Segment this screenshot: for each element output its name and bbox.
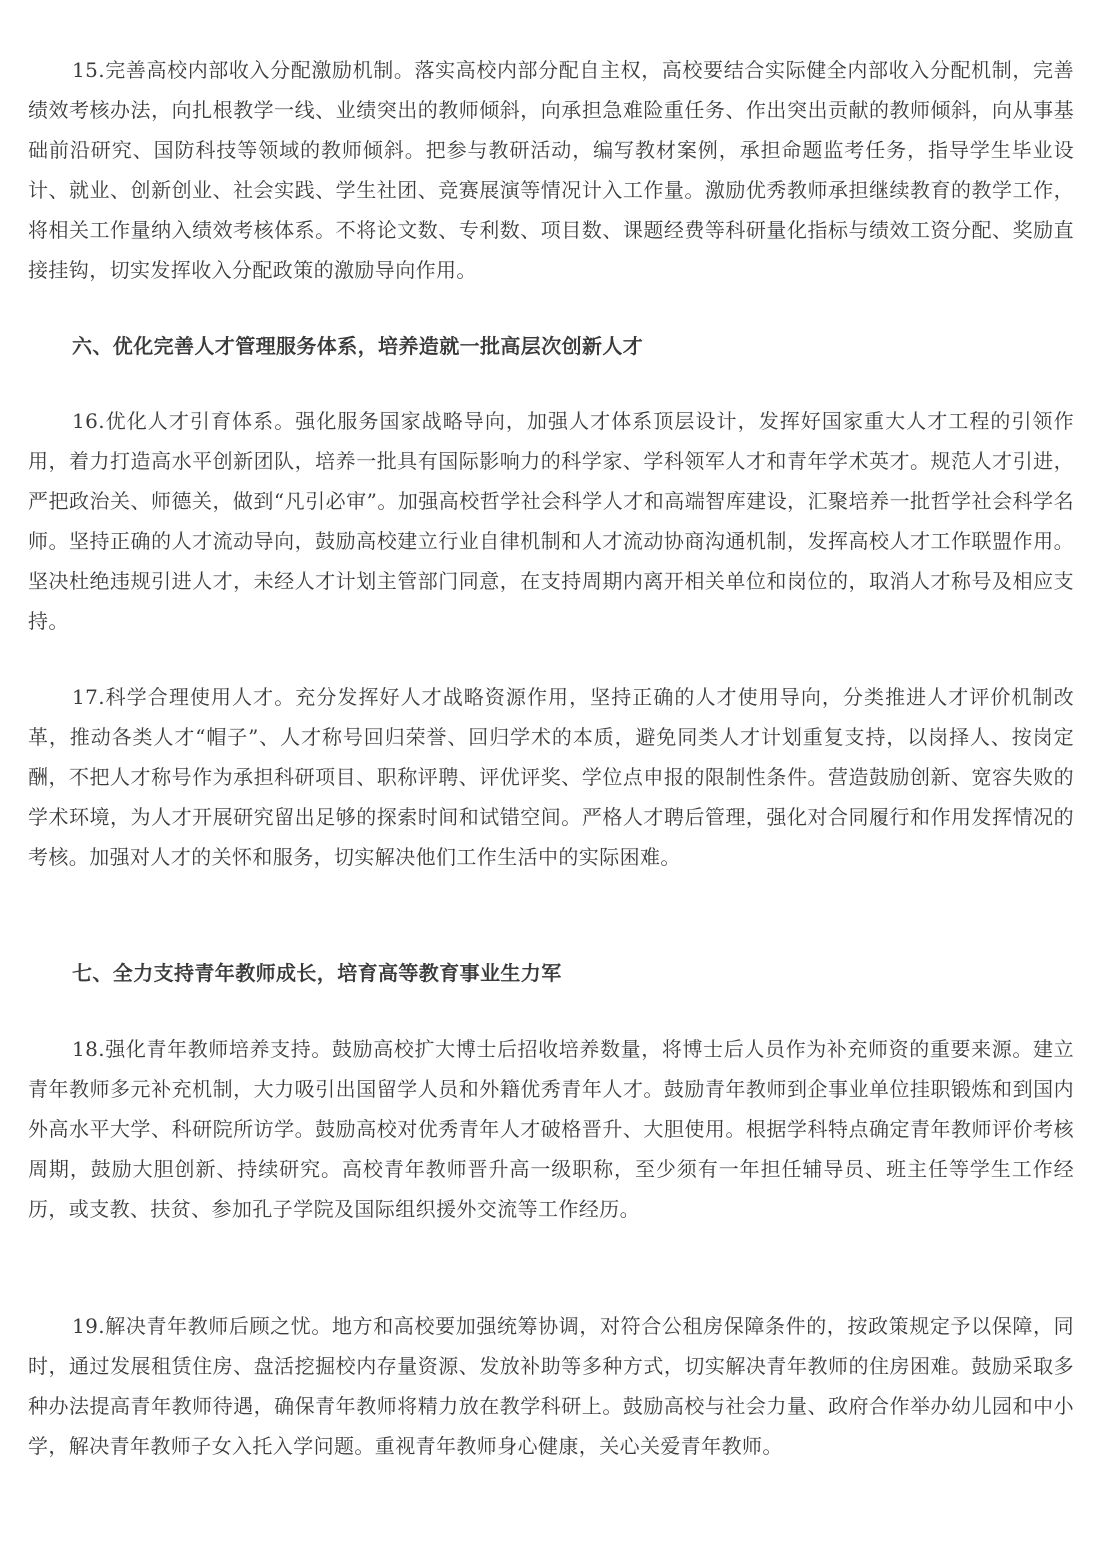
- paragraph-19: 19.解决青年教师后顾之忧。地方和高校要加强统筹协调，对符合公租房保障条件的，按…: [28, 1306, 1074, 1466]
- section-heading-6: 六、优化完善人才管理服务体系，培养造就一批高层次创新人才: [72, 326, 643, 366]
- document-page: 15.完善高校内部收入分配激励机制。落实高校内部分配自主权，高校要结合实际健全内…: [0, 0, 1102, 1559]
- paragraph-17: 17.科学合理使用人才。充分发挥好人才战略资源作用，坚持正确的人才使用导向，分类…: [28, 677, 1074, 877]
- section-heading-7: 七、全力支持青年教师成长，培育高等教育事业生力军: [72, 953, 562, 993]
- paragraph-16: 16.优化人才引育体系。强化服务国家战略导向，加强人才体系顶层设计，发挥好国家重…: [28, 401, 1074, 641]
- paragraph-18: 18.强化青年教师培养支持。鼓励高校扩大博士后招收培养数量，将博士后人员作为补充…: [28, 1029, 1074, 1229]
- paragraph-15: 15.完善高校内部收入分配激励机制。落实高校内部分配自主权，高校要结合实际健全内…: [28, 50, 1074, 290]
